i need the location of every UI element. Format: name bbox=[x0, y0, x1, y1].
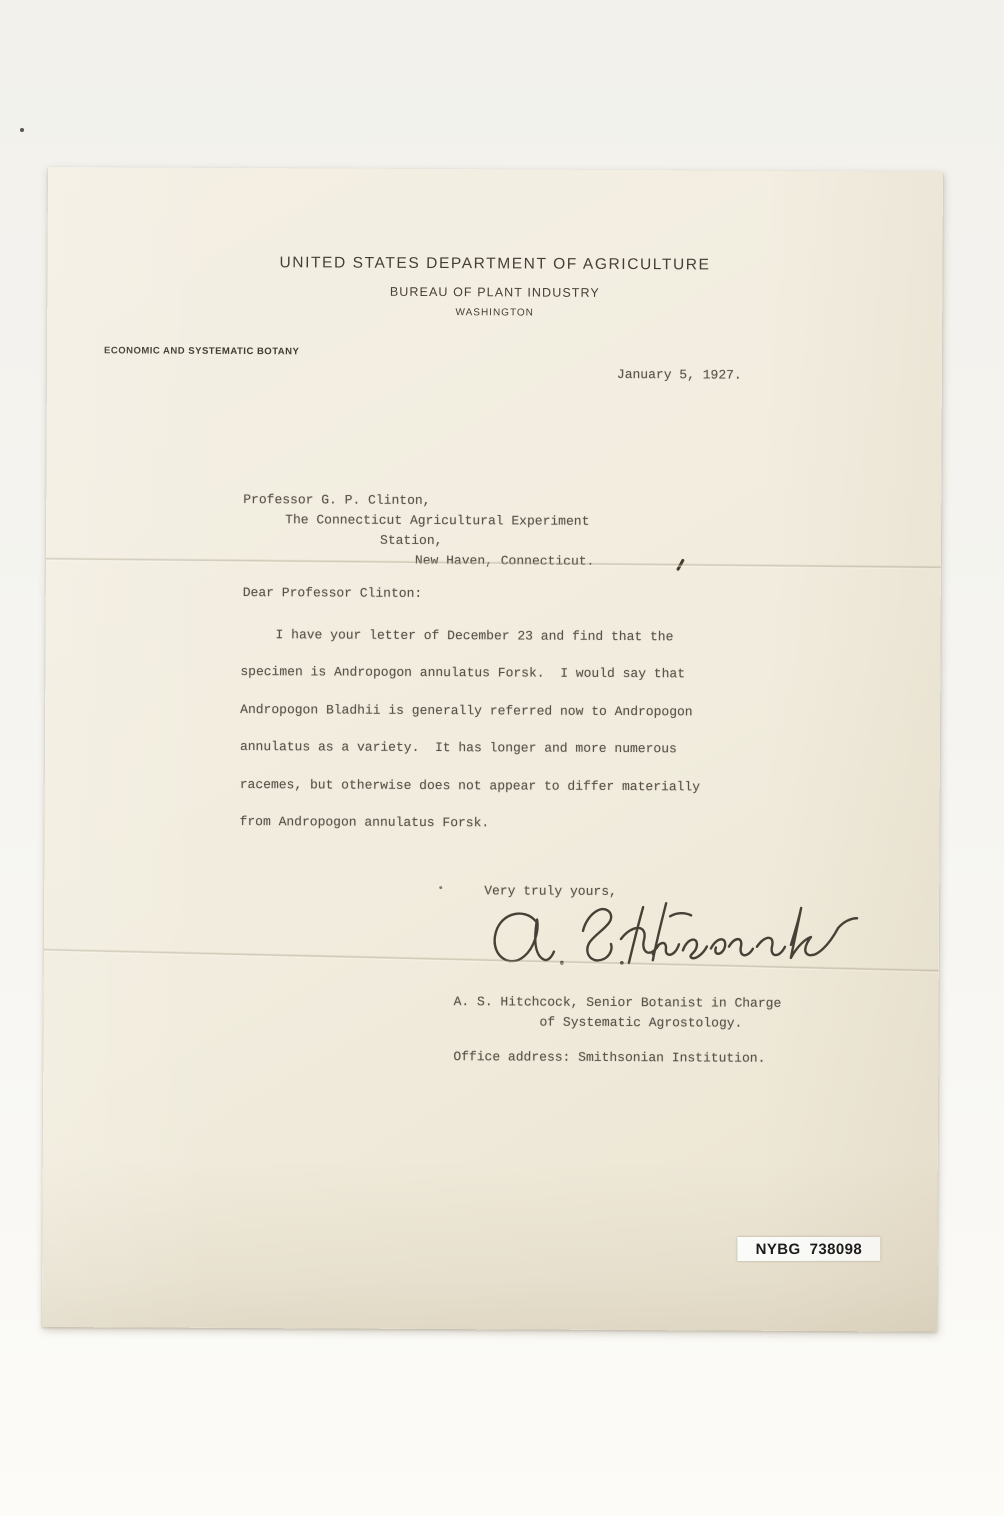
office-address-line: Office address: Smithsonian Institution. bbox=[453, 1047, 765, 1069]
body-line: specimen is Andropogon annulatus Forsk. … bbox=[240, 653, 700, 693]
body-line: racemes, but otherwise does not appear t… bbox=[240, 766, 700, 806]
body-line: from Andropogon annulatus Forsk. bbox=[239, 803, 699, 843]
catalog-number: NYBG 738098 bbox=[756, 1240, 863, 1257]
body-line: annulatus as a variety. It has longer an… bbox=[240, 728, 700, 768]
photo-backdrop: UNITED STATES DEPARTMENT OF AGRICULTURE … bbox=[0, 0, 1004, 1516]
division-name: ECONOMIC AND SYSTEMATIC BOTANY bbox=[104, 345, 299, 357]
nybg-catalog-label: NYBG 738098 bbox=[737, 1237, 880, 1261]
letterhead-department: UNITED STATES DEPARTMENT OF AGRICULTURE bbox=[47, 252, 942, 277]
letterhead: UNITED STATES DEPARTMENT OF AGRICULTURE … bbox=[47, 252, 942, 322]
hitchcock-signature bbox=[482, 893, 877, 990]
body-line: I have your letter of December 23 and fi… bbox=[240, 616, 700, 656]
signer-title-block: A. S. Hitchcock, Senior Botanist in Char… bbox=[453, 992, 781, 1034]
letter-paper: UNITED STATES DEPARTMENT OF AGRICULTURE … bbox=[42, 167, 943, 1332]
recipient-line: Station, bbox=[243, 530, 595, 552]
signer-title-line: of Systematic Agrostology. bbox=[453, 1012, 781, 1034]
letter-body: I have your letter of December 23 and fi… bbox=[239, 616, 700, 843]
salutation: Dear Professor Clinton: bbox=[243, 583, 423, 604]
signer-title-line: A. S. Hitchcock, Senior Botanist in Char… bbox=[454, 992, 782, 1014]
letterhead-bureau: BUREAU OF PLANT INDUSTRY bbox=[47, 282, 942, 303]
date-line: January 5, 1927. bbox=[617, 365, 742, 386]
ink-speck bbox=[439, 886, 442, 889]
recipient-line: Professor G. P. Clinton, bbox=[243, 490, 595, 512]
letterhead-city: WASHINGTON bbox=[47, 304, 942, 322]
recipient-line: The Connecticut Agricultural Experiment bbox=[243, 510, 595, 532]
body-line: Andropogon Bladhii is generally referred… bbox=[240, 691, 700, 731]
photo-speck bbox=[20, 128, 24, 132]
